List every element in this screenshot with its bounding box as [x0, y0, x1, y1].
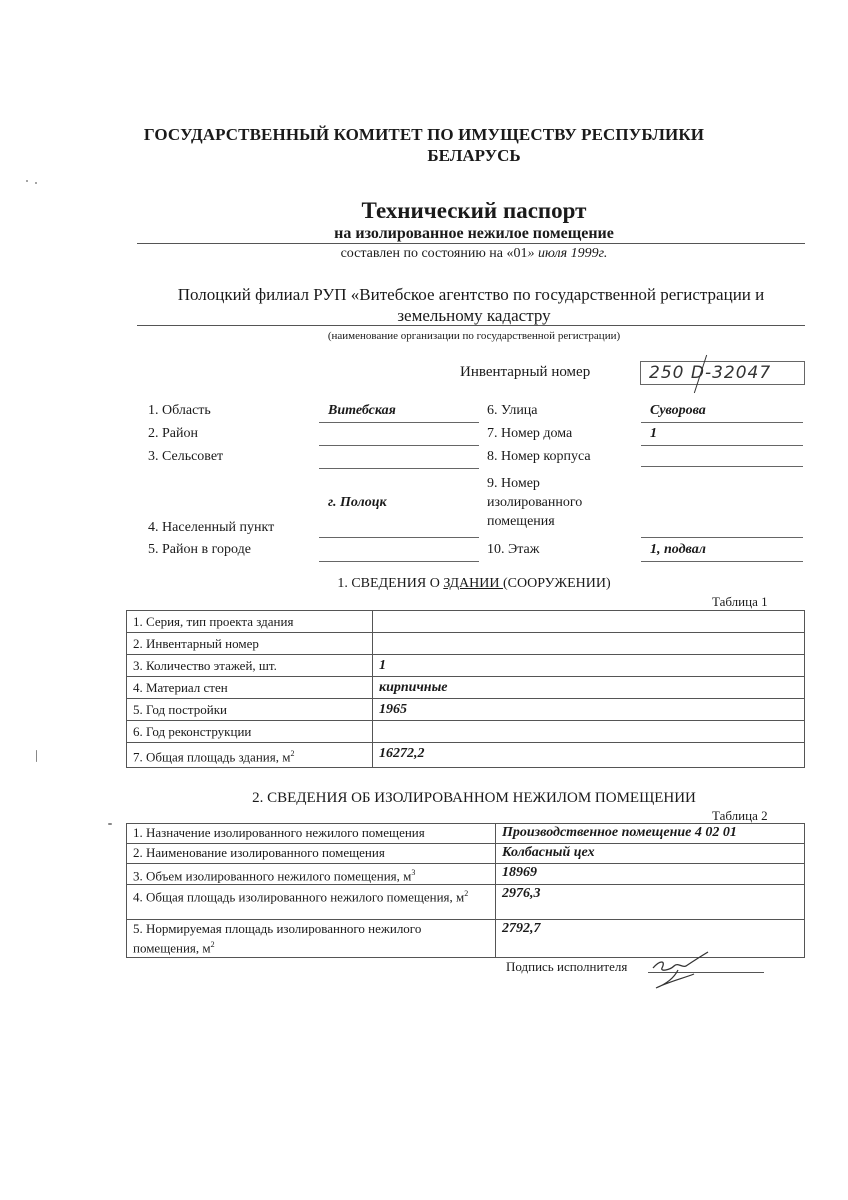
organization-line2: земельному кадастру [0, 306, 848, 326]
table-cell-value: кирпичные [373, 677, 805, 699]
field-line-building-number [641, 466, 803, 467]
field-value-region: Витебская [328, 403, 396, 419]
field-line-village-council [319, 468, 479, 469]
field-label-premises-number-1: 9. Номер [487, 476, 540, 492]
section1-heading: 1. СВЕДЕНИЯ О ЗДАНИИ (СООРУЖЕНИИ) [0, 576, 848, 592]
table-cell-label: 2. Инвентарный номер [127, 633, 373, 655]
field-value-street: Суворова [650, 403, 706, 419]
scan-speck [35, 182, 37, 184]
table-row: 3. Количество этажей, шт.1 [127, 655, 805, 677]
table-cell-value [373, 611, 805, 633]
subtitle-underline [137, 243, 805, 244]
field-line-street [641, 422, 803, 423]
as-of-prefix: составлен по состоянию на «01 [341, 246, 528, 261]
field-label-street: 6. Улица [487, 403, 538, 419]
scan-speck [26, 180, 28, 182]
inventory-number-value: 250 D-32047 [649, 363, 771, 383]
table-cell-label: 3. Количество этажей, шт. [127, 655, 373, 677]
table-row: 4. Общая площадь изолированного нежилого… [127, 885, 805, 920]
table-row: 1. Назначение изолированного нежилого по… [127, 824, 805, 844]
field-label-region: 1. Область [148, 403, 211, 419]
scan-speck [108, 823, 112, 825]
field-label-city-district: 5. Район в городе [148, 542, 251, 558]
table-cell-label: 4. Материал стен [127, 677, 373, 699]
as-of-handwritten: » июля 1999г. [528, 246, 608, 261]
field-line-region [319, 422, 479, 423]
field-value-house-number: 1 [650, 426, 657, 442]
table-cell-label: 4. Общая площадь изолированного нежилого… [127, 885, 496, 920]
field-value-floor: 1, подвал [650, 542, 706, 558]
table-cell-value: 1965 [373, 699, 805, 721]
table-cell-value [373, 633, 805, 655]
table-cell-label: 5. Нормируемая площадь изолированного не… [127, 920, 496, 957]
document-title: Технический паспорт [0, 198, 848, 224]
table-cell-label: 2. Наименование изолированного помещения [127, 844, 496, 864]
field-label-building-number: 8. Номер корпуса [487, 449, 591, 465]
table-cell-label: 1. Назначение изолированного нежилого по… [127, 824, 496, 844]
field-label-premises-number-3: помещения [487, 514, 555, 530]
field-line-settlement [319, 537, 479, 538]
table-cell-label-text: 7. Общая площадь здания, м [133, 749, 290, 764]
organization-underline [137, 325, 805, 326]
table-cell-value: 1 [373, 655, 805, 677]
committee-title-line1: ГОСУДАРСТВЕННЫЙ КОМИТЕТ ПО ИМУЩЕСТВУ РЕС… [0, 125, 848, 145]
table1-caption: Таблица 1 [712, 594, 768, 610]
table-cell-label-text: 4. Общая площадь изолированного нежилого… [133, 890, 464, 905]
field-line-district [319, 445, 479, 446]
as-of-date: составлен по состоянию на «01» июля 1999… [0, 246, 848, 262]
field-line-city-district [319, 561, 479, 562]
unit-superscript: 2 [211, 940, 215, 949]
field-line-floor [641, 561, 803, 562]
table-cell-label: 6. Год реконструкции [127, 721, 373, 743]
table-cell-value [373, 721, 805, 743]
document-subtitle: на изолированное нежилое помещение [0, 225, 848, 243]
table-row: 7. Общая площадь здания, м216272,2 [127, 743, 805, 768]
field-line-house-number [641, 445, 803, 446]
table-row: 1. Серия, тип проекта здания [127, 611, 805, 633]
table-row: 5. Год постройки1965 [127, 699, 805, 721]
table-cell-value: Колбасный цех [496, 844, 805, 864]
inventory-number-stamp: 250 D-32047 [640, 361, 805, 385]
table-row: 3. Объем изолированного нежилого помещен… [127, 864, 805, 885]
table-cell-label: 3. Объем изолированного нежилого помещен… [127, 864, 496, 885]
field-label-premises-number-2: изолированного [487, 495, 582, 511]
table-cell-label-text: 5. Нормируемая площадь изолированного не… [133, 921, 421, 955]
table-row: 2. Наименование изолированного помещения… [127, 844, 805, 864]
table-cell-label: 5. Год постройки [127, 699, 373, 721]
table2-caption: Таблица 2 [712, 808, 768, 824]
section1-heading-prefix: 1. СВЕДЕНИЯ О [337, 576, 443, 591]
signature-label: Подпись исполнителя [506, 959, 627, 975]
table-row: 4. Материал стенкирпичные [127, 677, 805, 699]
table-row: 2. Инвентарный номер [127, 633, 805, 655]
section1-heading-underlined: ЗДАНИИ [443, 576, 503, 591]
premises-info-table: 1. Назначение изолированного нежилого по… [126, 823, 805, 958]
field-label-district: 2. Район [148, 426, 198, 442]
table-cell-label-text: 3. Объем изолированного нежилого помещен… [133, 868, 411, 883]
section1-heading-suffix: (СООРУЖЕНИИ) [503, 576, 611, 591]
field-line-premises-number [641, 537, 803, 538]
inventory-number-label: Инвентарный номер [460, 364, 590, 381]
field-label-village-council: 3. Сельсовет [148, 449, 223, 465]
table-row: 6. Год реконструкции [127, 721, 805, 743]
table-cell-label: 1. Серия, тип проекта здания [127, 611, 373, 633]
scan-speck [36, 750, 37, 762]
table-cell-value: 16272,2 [373, 743, 805, 768]
table-cell-value: 18969 [496, 864, 805, 885]
organization-line1: Полоцкий филиал РУП «Витебское агентство… [0, 285, 848, 305]
organization-caption: (наименование организации по государстве… [0, 330, 848, 342]
committee-title-line2: БЕЛАРУСЬ [0, 146, 848, 166]
field-label-settlement: 4. Населенный пункт [148, 520, 274, 536]
section2-heading: 2. СВЕДЕНИЯ ОБ ИЗОЛИРОВАННОМ НЕЖИЛОМ ПОМ… [0, 790, 848, 807]
unit-superscript: 2 [290, 749, 294, 758]
table-cell-value: 2976,3 [496, 885, 805, 920]
table-cell-value: Производственное помещение 4 02 01 [496, 824, 805, 844]
field-label-floor: 10. Этаж [487, 542, 539, 558]
table-cell-label: 7. Общая площадь здания, м2 [127, 743, 373, 768]
unit-superscript: 3 [411, 868, 415, 877]
unit-superscript: 2 [464, 889, 468, 898]
field-label-house-number: 7. Номер дома [487, 426, 572, 442]
building-info-table: 1. Серия, тип проекта здания 2. Инвентар… [126, 610, 805, 768]
field-value-settlement: г. Полоцк [328, 495, 387, 511]
signature-scribble-icon [648, 948, 718, 993]
